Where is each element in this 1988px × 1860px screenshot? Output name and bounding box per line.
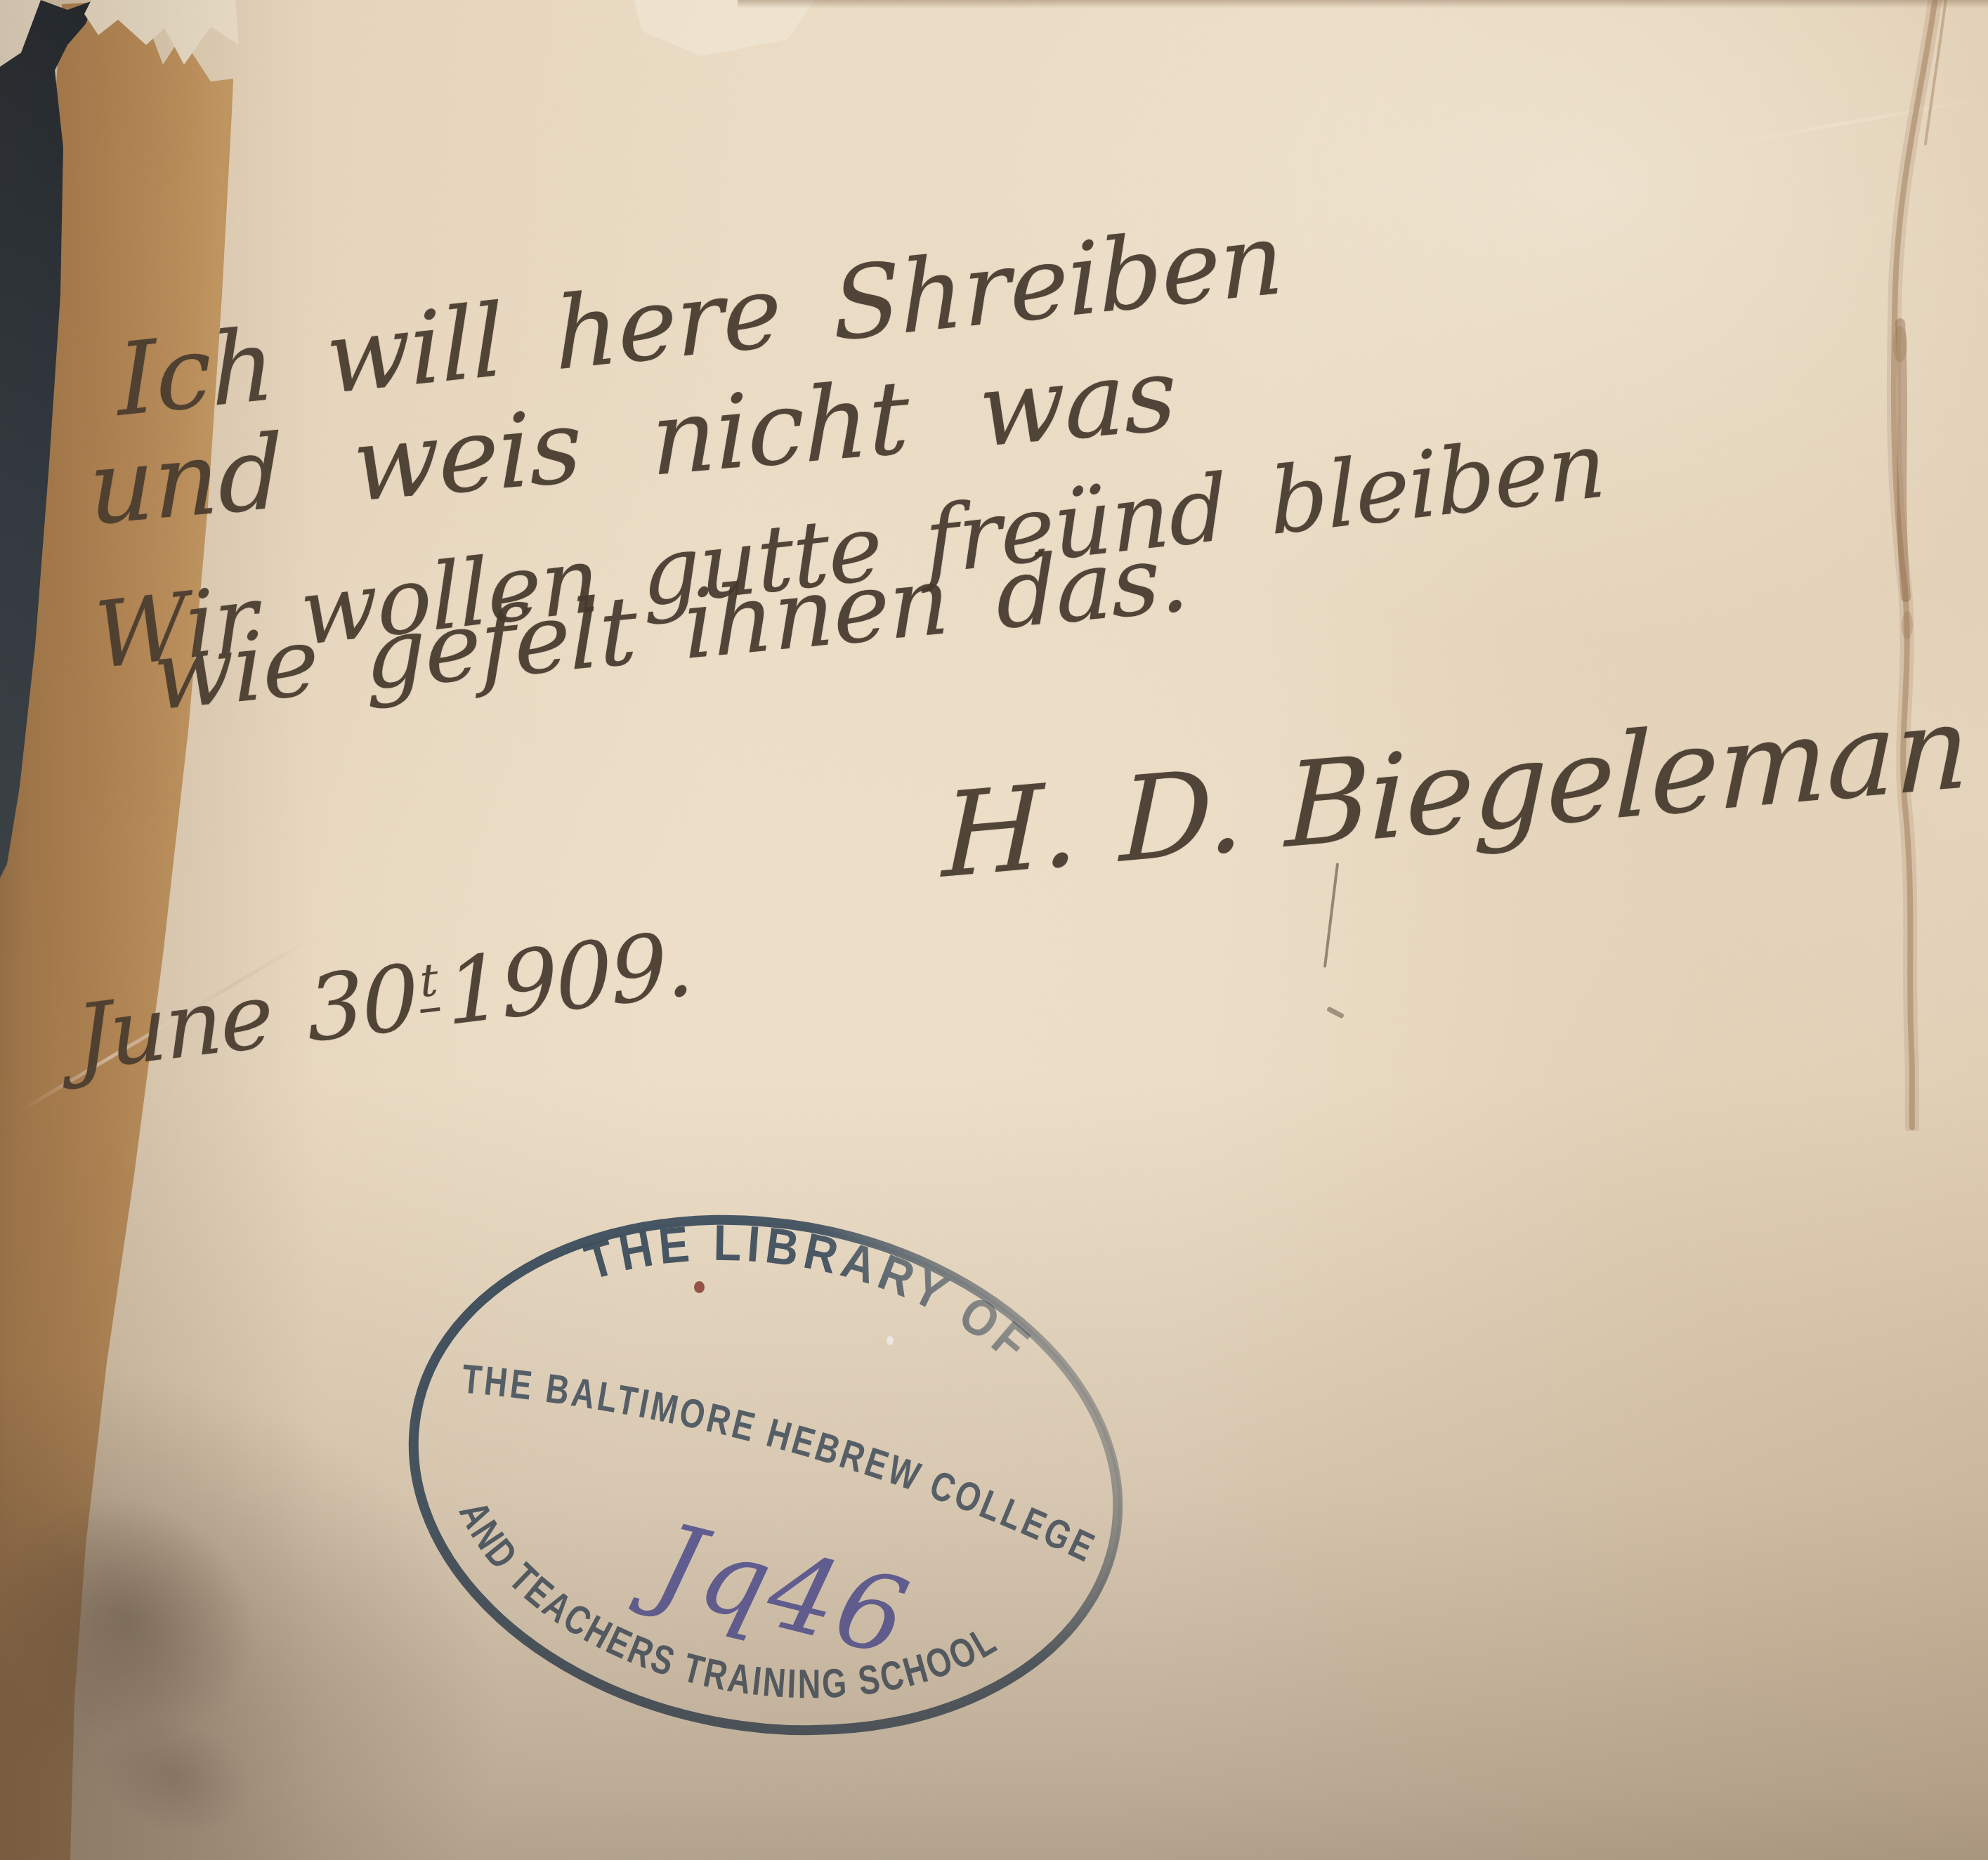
crack-stain-blob-2 bbox=[1902, 611, 1913, 639]
book-flyleaf-photo: Ich will here Shreiben und weis nicht wa… bbox=[0, 0, 1988, 1860]
library-stamp: THE LIBRARY OF THE BALTIMORE HEBREW COLL… bbox=[309, 1138, 1222, 1826]
crack-wide-segment bbox=[1900, 323, 1906, 597]
date-superscript: t bbox=[417, 954, 440, 1014]
svg-text:THE LIBRARY OF: THE LIBRARY OF bbox=[568, 1184, 1054, 1380]
stamp-arc-top-text: THE LIBRARY OF bbox=[568, 1184, 1054, 1380]
red-ink-fleck bbox=[694, 1281, 705, 1293]
paper-glint bbox=[887, 1336, 894, 1345]
crack-stain-blob bbox=[1893, 326, 1907, 362]
paper-crack bbox=[1795, 0, 1988, 1131]
